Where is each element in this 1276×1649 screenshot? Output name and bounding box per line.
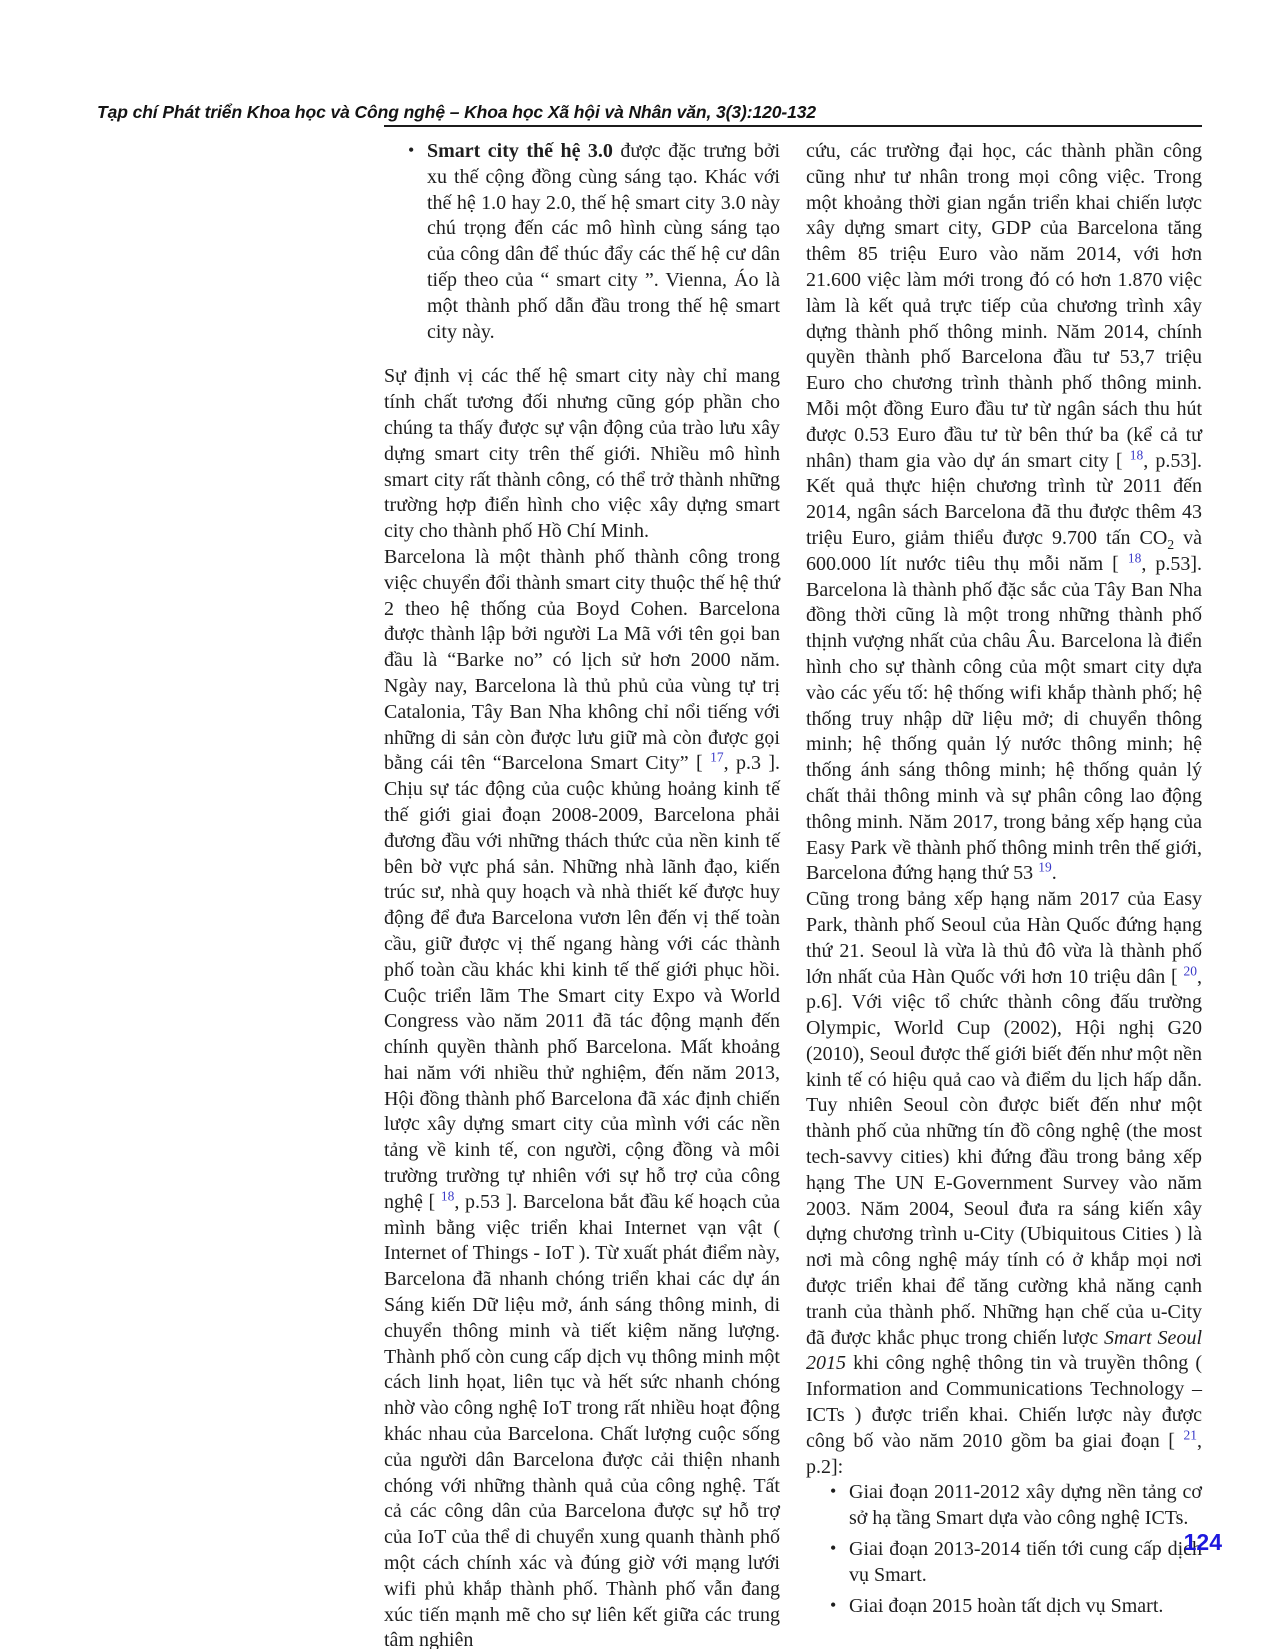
journal-running-head: Tạp chí Phát triển Khoa học và Công nghệ… [97, 102, 816, 123]
left-column: •Smart city thế hệ 3.0 được đặc trưng bở… [384, 139, 780, 1649]
paragraph: cứu, các trường đại học, các thành phần … [806, 139, 1202, 887]
text-run: Giai đoạn 2015 hoàn tất dịch vụ Smart. [849, 1595, 1163, 1617]
bullet-icon: • [830, 1536, 836, 1562]
text-run: , p.53]. Barcelona là thành phố đặc sắc … [806, 553, 1202, 885]
text-run: Cũng trong bảng xếp hạng năm 2017 của Ea… [806, 888, 1202, 987]
bullet-icon: • [408, 138, 414, 164]
text-run: cứu, các trường đại học, các thành phần … [806, 140, 1202, 472]
paragraph: Barcelona là một thành phố thành công tr… [384, 545, 780, 1649]
bullet-item: •Giai đoạn 2015 hoàn tất dịch vụ Smart. [806, 1594, 1202, 1620]
bullet-icon: • [830, 1593, 836, 1619]
text-run: Giai đoạn 2011-2012 xây dựng nền tảng cơ… [849, 1481, 1202, 1529]
bullet-item: •Smart city thế hệ 3.0 được đặc trưng bở… [384, 139, 780, 345]
citation-link[interactable]: 18 [441, 1188, 455, 1203]
citation-link[interactable]: 18 [1128, 550, 1142, 565]
bullet-icon: • [830, 1479, 836, 1505]
text-run: Sự định vị các thế hệ smart city này chỉ… [384, 365, 780, 542]
header-rule [384, 125, 1202, 127]
citation-link[interactable]: 18 [1130, 447, 1144, 462]
page-number: 124 [1072, 1529, 1222, 1556]
paragraph: Sự định vị các thế hệ smart city này chỉ… [384, 364, 780, 545]
text-run: . [1052, 862, 1057, 884]
text-run: , p.3 ]. Chịu sự tác động của cuộc khủng… [384, 752, 780, 1213]
text-run: khi công nghệ thông tin và truyền thông … [806, 1352, 1202, 1451]
citation-link[interactable]: 17 [710, 750, 724, 765]
text-run: Barcelona là một thành phố thành công tr… [384, 546, 780, 774]
right-column: cứu, các trường đại học, các thành phần … [806, 139, 1202, 1649]
two-column-body: •Smart city thế hệ 3.0 được đặc trưng bở… [384, 139, 1202, 1649]
text-run: được đặc trưng bởi xu thế cộng đồng cùng… [427, 140, 780, 343]
bold-run: Smart city thế hệ 3.0 [427, 140, 613, 162]
bullet-list: •Smart city thế hệ 3.0 được đặc trưng bở… [384, 139, 780, 345]
paragraph: Cũng trong bảng xếp hạng năm 2017 của Ea… [806, 887, 1202, 1480]
journal-page: Tạp chí Phát triển Khoa học và Công nghệ… [0, 0, 1276, 1649]
text-run: , p.6]. Với việc tổ chức thành công đấu … [806, 966, 1202, 1349]
text-run: , p.53 ]. Barcelona bắt đầu kế hoạch của… [384, 1191, 780, 1649]
citation-link[interactable]: 19 [1038, 860, 1052, 875]
bullet-item: •Giai đoạn 2011-2012 xây dựng nền tảng c… [806, 1480, 1202, 1532]
citation-link[interactable]: 20 [1184, 963, 1198, 978]
citation-link[interactable]: 21 [1184, 1427, 1198, 1442]
